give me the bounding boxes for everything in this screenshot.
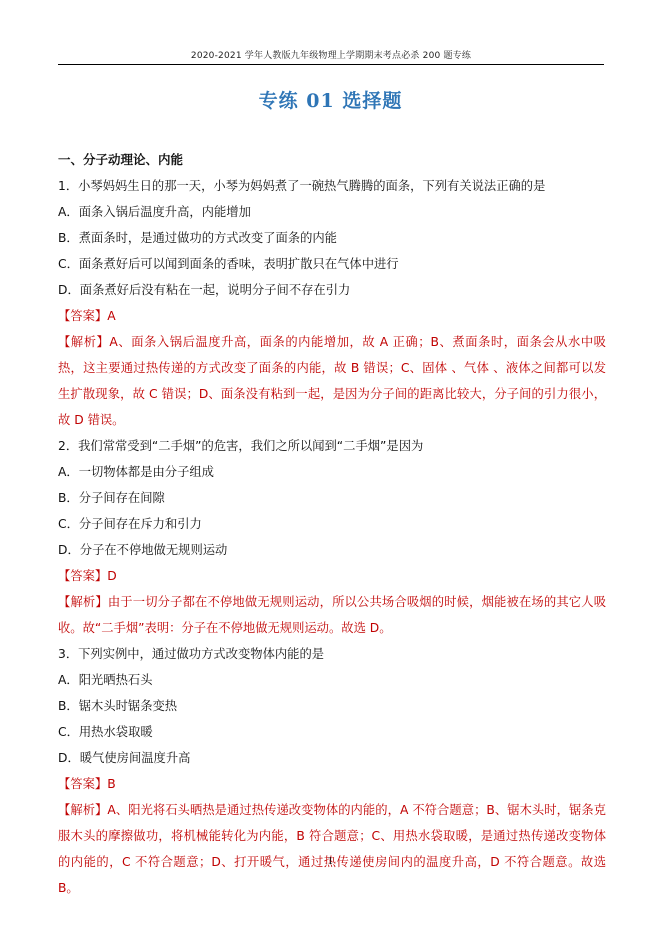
option-d: D．面条煮好后没有粘在一起，说明分子间不存在引力	[58, 277, 606, 303]
analysis-label: 【解析】	[58, 803, 107, 817]
answer-line: 【答案】A	[58, 303, 606, 329]
option-c: C．面条煮好后可以闻到面条的香味，表明扩散只在气体中进行	[58, 251, 606, 277]
page-number: 1	[0, 857, 661, 867]
answer-label: 【答案】	[58, 777, 107, 791]
option-c: C．分子间存在斥力和引力	[58, 511, 606, 537]
option-b: B．锯木头时锯条变热	[58, 693, 606, 719]
analysis-paragraph: 【解析】A、阳光将石头晒热是通过热传递改变物体的内能的，A 不符合题意；B、锯木…	[58, 797, 606, 901]
analysis-text: A、面条入锅后温度升高，面条的内能增加，故 A 正确；B、煮面条时，面条会从水中…	[58, 335, 606, 427]
analysis-label: 【解析】	[58, 335, 109, 349]
answer-value: D	[107, 569, 116, 583]
question-stem: 1．小琴妈妈生日的那一天，小琴为妈妈煮了一碗热气腾腾的面条，下列有关说法正确的是	[58, 173, 606, 199]
option-b: B．煮面条时，是通过做功的方式改变了面条的内能	[58, 225, 606, 251]
header-divider	[58, 64, 604, 65]
option-a: A．面条入锅后温度升高，内能增加	[58, 199, 606, 225]
running-header: 2020-2021 学年人教版九年级物理上学期期末考点必杀 200 题专练	[58, 48, 604, 61]
answer-label: 【答案】	[58, 309, 107, 323]
analysis-text: A、阳光将石头晒热是通过热传递改变物体的内能的，A 不符合题意；B、锯木头时，锯…	[58, 803, 606, 895]
question-stem: 2．我们常常受到“二手烟”的危害，我们之所以闻到“二手烟”是因为	[58, 433, 606, 459]
answer-line: 【答案】D	[58, 563, 606, 589]
section-heading: 一、分子动理论、内能	[58, 150, 606, 170]
analysis-paragraph: 【解析】A、面条入锅后温度升高，面条的内能增加，故 A 正确；B、煮面条时，面条…	[58, 329, 606, 433]
analysis-label: 【解析】	[58, 595, 108, 609]
option-c: C．用热水袋取暖	[58, 719, 606, 745]
question-stem: 3．下列实例中，通过做功方式改变物体内能的是	[58, 641, 606, 667]
option-a: A．阳光晒热石头	[58, 667, 606, 693]
analysis-paragraph: 【解析】由于一切分子都在不停地做无规则运动，所以公共场合吸烟的时候，烟能被在场的…	[58, 589, 606, 641]
answer-value: A	[107, 309, 115, 323]
option-b: B．分子间存在间隙	[58, 485, 606, 511]
answer-value: B	[107, 777, 115, 791]
question-2: 2．我们常常受到“二手烟”的危害，我们之所以闻到“二手烟”是因为 A．一切物体都…	[58, 433, 606, 641]
analysis-text: 由于一切分子都在不停地做无规则运动，所以公共场合吸烟的时候，烟能被在场的其它人吸…	[58, 595, 606, 635]
option-d: D．分子在不停地做无规则运动	[58, 537, 606, 563]
answer-line: 【答案】B	[58, 771, 606, 797]
page-title: 专练 01 选择题	[0, 86, 661, 113]
question-1: 1．小琴妈妈生日的那一天，小琴为妈妈煮了一碗热气腾腾的面条，下列有关说法正确的是…	[58, 173, 606, 433]
answer-label: 【答案】	[58, 569, 107, 583]
option-a: A．一切物体都是由分子组成	[58, 459, 606, 485]
document-body: 一、分子动理论、内能 1．小琴妈妈生日的那一天，小琴为妈妈煮了一碗热气腾腾的面条…	[58, 150, 606, 901]
option-d: D．暖气使房间温度升高	[58, 745, 606, 771]
